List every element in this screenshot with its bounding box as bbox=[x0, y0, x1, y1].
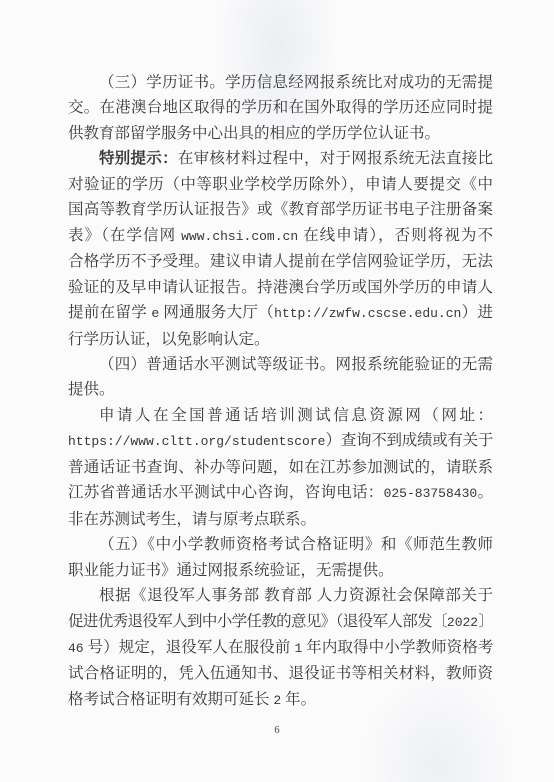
text-line: 行学历认证，以免影响认定。 bbox=[68, 327, 493, 352]
text-line: 申请人在全国普通话培训测试信息资源网（网址： bbox=[68, 403, 493, 428]
document-page: （三）学历证书。学历信息经网报系统比对成功的无需提交。在港澳台地区取得的学历和在… bbox=[0, 0, 554, 782]
latin-text: 2 bbox=[273, 693, 281, 708]
text-line: 提前在留学 e 网通服务大厅（http://zwfw.cscse.edu.cn）… bbox=[68, 300, 493, 326]
latin-text: 2022 bbox=[447, 615, 478, 630]
text-line: 交。在港澳台地区取得的学历和在国外取得的学历还应同时提 bbox=[68, 95, 493, 120]
text-line: 江苏省普通话水平测试中心咨询，咨询电话：025-83758430。 bbox=[68, 480, 493, 506]
text-line: 合格学历不予受理。建议申请人提前在学信网验证学历，无法 bbox=[68, 249, 493, 274]
text-line: 对验证的学历（中等职业学校学历除外），申请人要提交《中 bbox=[68, 172, 493, 197]
text-line: 普通话证书查询、补办等问题，如在江苏参加测试的，请联系 bbox=[68, 455, 493, 480]
text-line: 格考试合格证明有效期可延长 2 年。 bbox=[68, 687, 493, 713]
text-line: 促进优秀退役军人到中小学任教的意见》（退役军人部发〔2022〕 bbox=[68, 609, 493, 635]
text-line: 根据《退役军人事务部 教育部 人力资源社会保障部关于 bbox=[68, 583, 493, 608]
text-line: 46 号）规定，退役军人在服役前 1 年内取得中小学教师资格考 bbox=[68, 635, 493, 661]
latin-text: https://www.cltt.org/studentscore bbox=[68, 434, 325, 449]
special-note-label: 特别提示： bbox=[99, 150, 178, 167]
latin-text: 025-83758430 bbox=[384, 486, 478, 501]
latin-text: www.chsi.com.cn bbox=[181, 229, 298, 244]
text-line: https://www.cltt.org/studentscore）查询不到成绩… bbox=[68, 428, 493, 454]
latin-text: e bbox=[151, 306, 159, 321]
page-number: 6 bbox=[0, 725, 554, 736]
text-line: 提供。 bbox=[68, 377, 493, 402]
text-line: 非在苏测试考生，请与原考点联系。 bbox=[68, 507, 493, 532]
text-line: 国高等教育学历认证报告》或《教育部学历证书电子注册备案 bbox=[68, 197, 493, 222]
text-block: （三）学历证书。学历信息经网报系统比对成功的无需提交。在港澳台地区取得的学历和在… bbox=[68, 70, 493, 713]
latin-text: 46 bbox=[68, 641, 84, 656]
latin-text: http://zwfw.cscse.edu.cn bbox=[274, 306, 461, 321]
text-line: 职业能力证书》通过网报系统验证，无需提供。 bbox=[68, 558, 493, 583]
text-line: 特别提示：在审核材料过程中，对于网报系统无法直接比 bbox=[68, 146, 493, 171]
text-line: 试合格证明的，凭入伍通知书、退役证书等相关材料，教师资 bbox=[68, 661, 493, 686]
text-line: （四）普通话水平测试等级证书。网报系统能验证的无需 bbox=[68, 352, 493, 377]
text-line: 验证的及早申请认证报告。持港澳台学历或国外学历的申请人 bbox=[68, 275, 493, 300]
text-line: （五）《中小学教师资格考试合格证明》和《师范生教师 bbox=[68, 532, 493, 557]
text-line: 供教育部留学服务中心出具的相应的学历学位认证书。 bbox=[68, 121, 493, 146]
text-line: 表》（在学信网 www.chsi.com.cn 在线申请），否则将视为不 bbox=[68, 223, 493, 249]
latin-text: 1 bbox=[294, 641, 302, 656]
text-line: （三）学历证书。学历信息经网报系统比对成功的无需提 bbox=[68, 70, 493, 95]
